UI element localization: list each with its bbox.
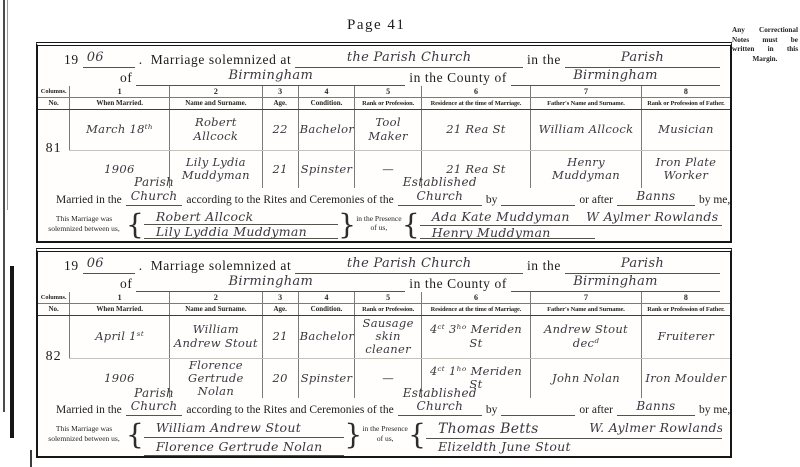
- married-in-value: Parish Church: [126, 176, 183, 206]
- col-num: 4: [298, 86, 355, 97]
- couple-signatures: Robert Allcock Lily Lyddia Muddyman: [144, 210, 338, 239]
- married-in-line: Married in the Parish Church according t…: [38, 398, 730, 418]
- col-num: 3: [262, 292, 298, 303]
- witness-2-signature: Elizeldth June Stout: [426, 440, 598, 456]
- when-married-cell: March 18ᵗʰ: [70, 109, 170, 150]
- solemnized-at-label: Marriage solemnized at: [151, 52, 292, 68]
- col-num: 2: [169, 292, 262, 303]
- groom-signature: Robert Allcock: [144, 210, 338, 225]
- condition-cell: Bachelor: [298, 315, 355, 358]
- father-rank-cell: Iron Plate Worker: [641, 150, 730, 188]
- col-label: Father's Name and Surname.: [531, 97, 642, 109]
- name-cell: Robert Allcock: [169, 109, 262, 150]
- col-label: Rank or Profession.: [355, 97, 421, 109]
- year-prefix: 19: [64, 52, 79, 68]
- rank-cell: Tool Maker: [355, 109, 421, 150]
- officiant-signature: W Aylmer Rowlands: [574, 210, 722, 226]
- place-value: Birmingham: [136, 69, 405, 86]
- columns-label: Columns.: [38, 86, 70, 97]
- col-label: Name and Surname.: [169, 303, 262, 315]
- this-marriage-label: This Marriage was solemnized between us,: [42, 210, 126, 239]
- col-num: 5: [355, 86, 421, 97]
- scan-edge-line: [3, 0, 5, 412]
- by-blank: [501, 415, 575, 416]
- col-label: When Married.: [70, 303, 170, 315]
- col-label: Condition.: [298, 97, 355, 109]
- col-num: 3: [262, 86, 298, 97]
- year-prefix: 19: [64, 258, 79, 274]
- col-num: 5: [355, 292, 421, 303]
- by-blank: [501, 205, 575, 206]
- ceremonies-value: Established Church: [398, 387, 482, 417]
- married-in-label: Married in the: [56, 194, 122, 206]
- groom-signature: William Andrew Stout: [144, 421, 345, 437]
- col-label: Name and Surname.: [169, 97, 262, 109]
- by-label: by: [486, 194, 498, 206]
- no-label: No.: [38, 303, 70, 315]
- rites-label: according to the Rites and Ceremonies of…: [186, 404, 393, 416]
- name-cell: Lily Lydia Muddyman: [169, 150, 262, 188]
- dot: .: [139, 258, 143, 274]
- married-in-line: Married in the Parish Church according t…: [38, 188, 730, 208]
- name-cell: Florence Gertrude Nolan: [169, 358, 262, 398]
- residence-cell: 21 Rea St: [421, 109, 530, 150]
- record-header: 19 06 . Marriage solemnized at the Paris…: [38, 46, 730, 86]
- marriage-record-82: 19 06 . Marriage solemnized at the Paris…: [36, 248, 732, 458]
- col-label: Rank or Profession.: [355, 303, 421, 315]
- banns-value: Banns: [617, 400, 695, 416]
- witness-2-signature: Henry Muddyman: [420, 226, 595, 239]
- dot: .: [139, 52, 143, 68]
- page-number: Page 41: [347, 17, 405, 34]
- col-label: When Married.: [70, 97, 170, 109]
- of-label: of: [120, 70, 132, 86]
- couple-signatures: William Andrew Stout Florence Gertrude N…: [144, 420, 345, 457]
- bride-signature: Florence Gertrude Nolan: [144, 440, 345, 456]
- by-me-label: by me,: [699, 404, 730, 416]
- age-cell: 20: [262, 358, 298, 398]
- county-of-label: in the County of: [409, 276, 507, 292]
- col-label: Residence at the time of Marriage.: [421, 97, 530, 109]
- witness-signatures: Ada Kate Muddyman W Aylmer Rowlands Henr…: [420, 210, 722, 239]
- when-married-cell: April 1ˢᵗ: [70, 315, 170, 358]
- father-name-cell: John Nolan: [531, 358, 642, 398]
- father-name-cell: Andrew Stout decᵈ: [531, 315, 642, 358]
- col-label: Father's Name and Surname.: [531, 303, 642, 315]
- church-value: the Parish Church: [295, 257, 523, 274]
- brace-close-icon: }: [344, 420, 362, 457]
- married-in-value: Parish Church: [126, 387, 183, 417]
- witness-line-1: Thomas Betts W. Aylmer Rowlands: [426, 421, 722, 439]
- witness-signatures: Thomas Betts W. Aylmer Rowlands Elizeldt…: [426, 420, 722, 457]
- col-num: 7: [531, 292, 642, 303]
- groom-row: 81 March 18ᵗʰ Robert Allcock 22 Bachelor…: [38, 109, 730, 150]
- entry-number: 82: [38, 315, 70, 398]
- scan-edge-bar: [10, 266, 14, 438]
- officiant-signature: W. Aylmer Rowlands: [577, 421, 722, 439]
- signature-block: This Marriage was solemnized between us,…: [38, 208, 730, 241]
- margin-note: Any Correctional Notes must be written i…: [732, 26, 798, 65]
- county-value: Birmingham: [511, 69, 720, 86]
- col-label: Residence at the time of Marriage.: [421, 303, 530, 315]
- residence-cell: 4ᶜᵗ 3ʰᵒ Meriden St: [421, 315, 530, 358]
- presence-label: in the Presence of us,: [356, 210, 402, 239]
- married-in-label: Married in the: [56, 404, 122, 416]
- or-after-label: or after: [579, 194, 613, 206]
- scan-edge-mark: [30, 450, 32, 467]
- col-label: Age.: [262, 303, 298, 315]
- year-value: 06: [83, 257, 135, 274]
- record-header: 19 06 . Marriage solemnized at the Paris…: [38, 252, 730, 292]
- solemnized-at-label: Marriage solemnized at: [151, 258, 292, 274]
- brace-close-icon: }: [338, 210, 356, 239]
- by-me-label: by me,: [699, 194, 730, 206]
- name-cell: William Andrew Stout: [169, 315, 262, 358]
- or-after-label: or after: [579, 404, 613, 416]
- in-the-label: in the: [527, 52, 561, 68]
- column-label-row: No. When Married. Name and Surname. Age.…: [38, 97, 730, 109]
- col-num: 1: [70, 292, 170, 303]
- presence-label: in the Presence of us,: [362, 420, 408, 457]
- brace-open-icon: {: [126, 210, 144, 239]
- county-value: Birmingham: [511, 275, 720, 292]
- col-label: Condition.: [298, 303, 355, 315]
- header-line-1: 19 06 . Marriage solemnized at the Paris…: [60, 256, 720, 274]
- place-value: Birmingham: [136, 275, 405, 292]
- father-name-cell: William Allcock: [531, 109, 642, 150]
- header-line-1: 19 06 . Marriage solemnized at the Paris…: [60, 50, 720, 68]
- condition-cell: Spinster: [298, 150, 355, 188]
- ceremonies-value: Established Church: [398, 176, 482, 206]
- marriage-record-81: 19 06 . Marriage solemnized at the Paris…: [36, 42, 732, 243]
- banns-value: Banns: [617, 190, 695, 206]
- column-label-row: No. When Married. Name and Surname. Age.…: [38, 303, 730, 315]
- condition-cell: Spinster: [298, 358, 355, 398]
- parish-value: Parish: [565, 51, 720, 68]
- church-value: the Parish Church: [295, 51, 523, 68]
- column-number-row: Columns. 1 2 3 4 5 6 7 8: [38, 86, 730, 97]
- col-num: 8: [641, 292, 730, 303]
- by-label: by: [486, 404, 498, 416]
- col-num: 6: [421, 86, 530, 97]
- col-num: 7: [531, 86, 642, 97]
- col-num: 4: [298, 292, 355, 303]
- col-label: Rank or Profession of Father.: [641, 97, 730, 109]
- age-cell: 21: [262, 150, 298, 188]
- col-num: 6: [421, 292, 530, 303]
- age-cell: 21: [262, 315, 298, 358]
- rank-cell: Sausage skin cleaner: [355, 315, 421, 358]
- register-table: Columns. 1 2 3 4 5 6 7 8 No. When Marrie…: [38, 292, 730, 398]
- age-cell: 22: [262, 109, 298, 150]
- signature-block: This Marriage was solemnized between us,…: [38, 418, 730, 458]
- witness-1-signature: Thomas Betts: [426, 421, 577, 439]
- col-label: Rank or Profession of Father.: [641, 303, 730, 315]
- header-line-2: of Birmingham in the County of Birmingha…: [116, 68, 720, 86]
- brace-open-icon: {: [126, 420, 144, 457]
- father-rank-cell: Musician: [641, 109, 730, 150]
- witness-line-1: Ada Kate Muddyman W Aylmer Rowlands: [420, 210, 722, 226]
- parish-value: Parish: [565, 257, 720, 274]
- register-table: Columns. 1 2 3 4 5 6 7 8 No. When Marrie…: [38, 86, 730, 188]
- this-marriage-label: This Marriage was solemnized between us,: [42, 420, 126, 457]
- marriage-register-page: Page 41 Any Correctional Notes must be w…: [0, 0, 800, 467]
- column-number-row: Columns. 1 2 3 4 5 6 7 8: [38, 292, 730, 303]
- father-name-cell: Henry Muddyman: [531, 150, 642, 188]
- entry-number: 81: [38, 109, 70, 188]
- no-label: No.: [38, 97, 70, 109]
- county-of-label: in the County of: [409, 70, 507, 86]
- columns-label: Columns.: [38, 292, 70, 303]
- header-line-2: of Birmingham in the County of Birmingha…: [116, 274, 720, 292]
- brace-open-icon: {: [402, 210, 420, 239]
- year-value: 06: [83, 51, 135, 68]
- col-num: 2: [169, 86, 262, 97]
- groom-row: 82 April 1ˢᵗ William Andrew Stout 21 Bac…: [38, 315, 730, 358]
- col-num: 8: [641, 86, 730, 97]
- brace-open-icon: {: [408, 420, 426, 457]
- witness-1-signature: Ada Kate Muddyman: [420, 210, 574, 226]
- col-num: 1: [70, 86, 170, 97]
- col-label: Age.: [262, 97, 298, 109]
- condition-cell: Bachelor: [298, 109, 355, 150]
- scan-edge-line: [7, 0, 8, 210]
- of-label: of: [120, 276, 132, 292]
- rites-label: according to the Rites and Ceremonies of…: [186, 194, 393, 206]
- father-rank-cell: Iron Moulder: [641, 358, 730, 398]
- bride-signature: Lily Lyddia Muddyman: [144, 225, 338, 240]
- in-the-label: in the: [527, 258, 561, 274]
- father-rank-cell: Fruiterer: [641, 315, 730, 358]
